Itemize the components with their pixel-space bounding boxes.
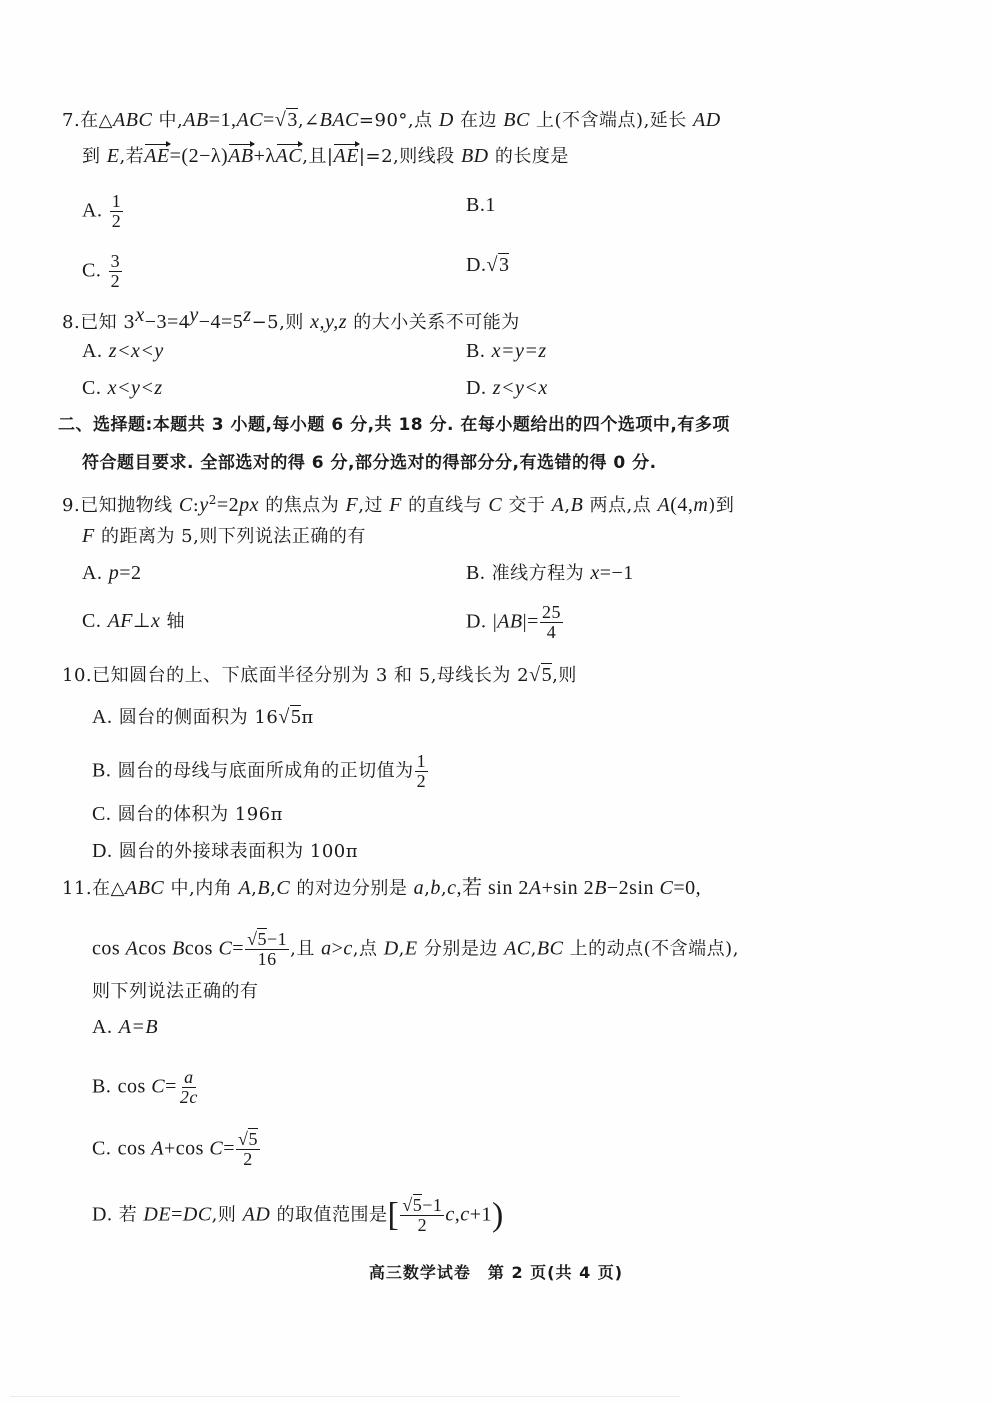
q10-line1: 10.已知圆台的上、下底面半径分别为 3 和 5,母线长为 2√5,则 <box>62 663 577 688</box>
option-text: |= <box>523 611 539 633</box>
q9-text: 的距离为 5,则下列说法正确的有 <box>95 526 366 547</box>
q9-var: y <box>199 494 208 516</box>
option-var: AD <box>243 1204 271 1226</box>
perpendicular-symbol: ⊥ <box>133 610 151 632</box>
option-label: C. <box>82 377 101 399</box>
option-label: A. <box>92 1016 112 1038</box>
radicand: 5 <box>290 705 302 728</box>
option-value: =2 <box>119 562 141 584</box>
q7-text: = <box>263 109 275 131</box>
q11-text: > <box>332 938 344 960</box>
q11-text: +sin 2 <box>542 877 595 899</box>
q11-var: A <box>126 938 139 960</box>
q9-var: C <box>179 494 193 516</box>
q7-option-a: A. 12 <box>82 192 124 231</box>
fraction: 254 <box>540 603 563 642</box>
numerator: 3 <box>109 252 123 272</box>
left-bracket: [ <box>388 1197 400 1234</box>
denominator: 4 <box>545 623 559 642</box>
q11-var: D <box>384 938 399 960</box>
numerator: 1 <box>415 752 429 772</box>
q9-option-c: C. AF⊥x 轴 <box>82 609 185 634</box>
fraction: √52 <box>236 1130 260 1169</box>
option-text: 的取值范围是 <box>270 1205 387 1226</box>
q11-text: ,点 <box>353 939 384 960</box>
q11-option-a: A. A=B <box>92 1015 158 1040</box>
q10-number: 10. <box>62 665 92 686</box>
denominator: 2 <box>109 272 123 291</box>
q7-option-d: D.√3 <box>466 253 509 278</box>
denominator: 2 <box>415 772 429 791</box>
numerator: √5 <box>236 1130 260 1150</box>
q11-text: = <box>232 938 244 960</box>
q9-text: 的直线与 <box>402 495 488 516</box>
option-label: D. <box>92 840 112 862</box>
option-value: 1 <box>485 194 496 216</box>
q7-var: AB <box>183 109 208 131</box>
vector-ae: AE <box>144 144 169 168</box>
option-text: 轴 <box>160 611 185 632</box>
denominator: 2 <box>416 1216 430 1235</box>
q7-text: 上(不含端点),延长 <box>530 110 693 131</box>
numerator: a <box>182 1068 196 1088</box>
q11-option-d: D. 若 DE=DC,则 AD 的取值范围是[√5−12c,c+1) <box>92 1196 504 1235</box>
fraction: 12 <box>110 192 124 231</box>
exponent: z <box>243 304 251 326</box>
q8-text: −3=4 <box>145 311 190 333</box>
radicand: 5 <box>257 928 267 949</box>
q9-text: 交于 <box>502 495 551 516</box>
q11-text: ,若 sin 2 <box>457 877 529 899</box>
denominator: 2 <box>241 1150 255 1169</box>
q7-var: BD <box>461 145 489 167</box>
option-text: +1 <box>470 1204 492 1226</box>
option-value: z<x<y <box>109 340 164 362</box>
q8-line1: 8.已知 3x−3=4y−4=5z−5,则 x,y,z 的大小关系不可能为 <box>62 303 520 335</box>
denominator: 2 <box>110 212 124 231</box>
q10-option-c: C. 圆台的体积为 196π <box>92 802 283 827</box>
q7-text: 在△ <box>80 110 113 131</box>
exam-page: 7.在△ABC 中,AB=1,AC=√3,∠BAC=90°,点 D 在边 BC … <box>0 0 992 1403</box>
q7-var: D <box>439 109 454 131</box>
q9-line1: 9.已知抛物线 C:y2=2px 的焦点为 F,过 F 的直线与 C 交于 A,… <box>62 488 734 518</box>
q11-var: C <box>218 938 232 960</box>
option-var: p <box>109 562 120 584</box>
q9-var: F <box>82 525 95 547</box>
q11-option-b: B. cos C=a2c <box>92 1068 201 1107</box>
radicand: 3 <box>498 253 510 276</box>
q7-text: 到 <box>82 146 107 167</box>
section-two-instructions-line1: 二、选择题:本题共 3 小题,每小题 6 分,共 18 分. 在每小题给出的四个… <box>58 413 730 437</box>
q11-text: ,且 <box>290 939 321 960</box>
q7-text: 中, <box>152 110 183 131</box>
option-var: DE <box>143 1204 171 1226</box>
q7-text: =1, <box>209 109 237 131</box>
q8-option-b: B. x=y=z <box>466 339 547 364</box>
q8-text: −4=5 <box>199 311 244 333</box>
option-value: z<y<x <box>493 377 548 399</box>
option-label: A. <box>82 340 102 362</box>
numerator: √5−1 <box>245 930 289 950</box>
q9-var: m <box>693 494 708 516</box>
q8-option-c: C. x<y<z <box>82 376 163 401</box>
q11-text: 的对边分别是 <box>290 878 413 899</box>
q7-text: =90°,点 <box>359 110 439 131</box>
q11-var: C <box>660 877 674 899</box>
option-text: cos <box>118 1076 152 1098</box>
q11-text: =0, <box>673 877 701 899</box>
option-label: A. <box>82 562 102 584</box>
q11-line1: 11.在△ABC 中,内角 A,B,C 的对边分别是 a,b,c,若 sin 2… <box>62 876 701 901</box>
option-text: 圆台的体积为 196π <box>118 804 283 825</box>
q7-line1: 7.在△ABC 中,AB=1,AC=√3,∠BAC=90°,点 D 在边 BC … <box>62 108 721 133</box>
exponent: 2 <box>209 493 217 507</box>
vector-ab: AB <box>228 144 253 168</box>
option-label: D. <box>466 611 486 633</box>
q7-text: |=2,则线段 <box>359 146 461 167</box>
option-label: B. <box>466 194 485 216</box>
option-label: D. <box>466 254 486 276</box>
q11-var: ABC <box>125 877 164 899</box>
q7-text: ,若 <box>119 146 144 167</box>
numerator-rest: −1 <box>422 1195 442 1215</box>
option-label: B. <box>92 1076 111 1098</box>
q11-var: a <box>321 938 332 960</box>
right-bracket: ) <box>492 1197 504 1234</box>
q11-text: 分别是边 <box>418 939 504 960</box>
q9-var: A <box>552 494 565 516</box>
option-value: x=y=z <box>492 340 547 362</box>
section-two-instructions-line2: 符合题目要求. 全部选对的得 6 分,部分选对的得部分分,有选错的得 0 分. <box>82 451 657 475</box>
q11-text: cos <box>185 938 219 960</box>
q7-var: BC <box>503 109 530 131</box>
q11-var: C <box>276 877 290 899</box>
q9-var: F <box>346 494 359 516</box>
q9-option-d: D. |AB|=254 <box>466 603 564 642</box>
option-label: D. <box>92 1204 112 1226</box>
q8-text: −5,则 <box>252 312 310 333</box>
option-label: A. <box>92 706 112 728</box>
q9-text: 两点,点 <box>583 495 657 516</box>
q9-text: (4, <box>670 494 693 516</box>
denominator: 16 <box>256 950 279 969</box>
option-text: = <box>223 1138 235 1160</box>
option-var: AB <box>497 611 522 633</box>
q9-var: B <box>571 494 584 516</box>
option-text: +cos <box>164 1138 209 1160</box>
option-label: C. <box>92 1138 111 1160</box>
q9-option-a: A. p=2 <box>82 561 141 586</box>
q11-var: B <box>257 877 270 899</box>
q7-var: AC <box>236 109 263 131</box>
q8-number: 8. <box>62 312 80 333</box>
option-var: DC <box>183 1204 212 1226</box>
q9-text: ,过 <box>358 495 389 516</box>
option-var: x <box>590 562 599 584</box>
q7-line2: 到 E,若AE=(2−λ)AB+λAC,且|AE|=2,则线段 BD 的长度是 <box>82 144 569 169</box>
q7-text: ,∠ <box>298 110 320 131</box>
numerator: √5−1 <box>400 1196 444 1216</box>
q7-number: 7. <box>62 110 80 131</box>
radicand: 5 <box>413 1194 423 1215</box>
q11-var: E <box>405 938 418 960</box>
option-value: A=B <box>119 1016 158 1038</box>
q10-option-d: D. 圆台的外接球表面积为 100π <box>92 839 358 864</box>
q11-text: −2sin <box>607 877 660 899</box>
option-text: cos <box>118 1138 152 1160</box>
q11-text: 在△ <box>92 878 125 899</box>
q11-text: 中,内角 <box>164 878 238 899</box>
fraction: √5−12 <box>400 1196 444 1235</box>
q11-var: B <box>172 938 185 960</box>
option-text: ,则 <box>212 1205 243 1226</box>
option-label: B. <box>466 562 485 584</box>
q7-text: +λ <box>254 145 276 167</box>
sqrt-3: √3 <box>275 108 298 131</box>
q11-line2: cos Acos Bcos C=√5−116,且 a>c,点 D,E 分别是边 … <box>92 930 739 969</box>
q8-text: 已知 3 <box>80 312 135 333</box>
q8-option-d: D. z<y<x <box>466 376 548 401</box>
q7-option-c: C. 32 <box>82 252 123 291</box>
q8-text: 的大小关系不可能为 <box>347 312 520 333</box>
option-text: 圆台的母线与底面所成角的正切值为 <box>118 761 414 782</box>
option-text: 若 <box>119 1205 144 1226</box>
q11-var: b <box>430 877 441 899</box>
pi-symbol: π <box>301 707 313 728</box>
option-text: = <box>171 1204 183 1226</box>
vector-ae: AE <box>333 144 358 168</box>
sqrt-5: √5 <box>529 663 552 686</box>
q11-number: 11. <box>62 878 92 899</box>
q7-var: BAC <box>320 109 359 131</box>
option-var: x <box>151 610 160 632</box>
radicand: 5 <box>541 663 553 686</box>
q9-var: px <box>239 494 259 516</box>
q9-text: )到 <box>708 495 734 516</box>
fraction: √5−116 <box>245 930 289 969</box>
sqrt-5: √5 <box>278 705 301 728</box>
q7-text: 在边 <box>454 110 503 131</box>
numerator-rest: −1 <box>267 929 287 949</box>
option-label: B. <box>92 760 111 782</box>
option-text: 圆台的外接球表面积为 100π <box>119 841 358 862</box>
option-text: 准线方程为 <box>492 563 591 584</box>
option-label: B. <box>466 340 485 362</box>
q11-option-c: C. cos A+cos C=√52 <box>92 1130 261 1169</box>
q7-text: =(2−λ) <box>170 145 229 167</box>
exponent: x <box>135 304 144 326</box>
q11-text: 上的动点(不含端点), <box>563 939 739 960</box>
option-var: c <box>445 1204 454 1226</box>
fraction: a2c <box>178 1068 200 1107</box>
option-text: = <box>165 1076 177 1098</box>
radicand: 3 <box>286 108 298 131</box>
option-label: C. <box>92 803 111 825</box>
option-var: C <box>151 1076 165 1098</box>
q11-var: BC <box>537 938 564 960</box>
q9-text: =2 <box>217 494 239 516</box>
denominator: 2c <box>178 1088 200 1107</box>
q9-line2: F 的距离为 5,则下列说法正确的有 <box>82 524 366 549</box>
q11-text: cos <box>92 938 126 960</box>
fraction: 32 <box>109 252 123 291</box>
option-value: x<y<z <box>108 377 163 399</box>
q9-var: F <box>389 494 402 516</box>
q10-option-a: A. 圆台的侧面积为 16√5π <box>92 705 314 730</box>
option-label: C. <box>82 610 101 632</box>
option-label: A. <box>82 200 102 222</box>
q11-var: A <box>529 877 542 899</box>
q9-var: C <box>488 494 502 516</box>
radicand: 5 <box>248 1128 258 1149</box>
q10-text: 已知圆台的上、下底面半径分别为 3 和 5,母线长为 2 <box>92 665 529 686</box>
exponent: y <box>189 304 198 326</box>
option-text: 圆台的侧面积为 16 <box>119 707 279 728</box>
option-var: A <box>151 1138 164 1160</box>
q9-number: 9. <box>62 495 80 516</box>
q8-vars: x,y,z <box>310 311 347 333</box>
q11-var: a <box>414 877 425 899</box>
q9-text: 的焦点为 <box>259 495 345 516</box>
q7-text: 的长度是 <box>489 146 569 167</box>
q11-var: c <box>447 877 456 899</box>
page-footer: 高三数学试卷 第 2 页(共 4 页) <box>0 1260 992 1283</box>
fraction: 12 <box>415 752 429 791</box>
q11-line3: 则下列说法正确的有 <box>92 980 259 1004</box>
q11-var: AC <box>504 938 531 960</box>
option-var: c <box>460 1204 469 1226</box>
q7-option-b: B.1 <box>466 193 496 218</box>
option-var: C <box>209 1138 223 1160</box>
q11-var: B <box>594 877 607 899</box>
q11-var: A <box>238 877 251 899</box>
q11-var: c <box>343 938 352 960</box>
q7-text: ,且| <box>302 146 333 167</box>
q8-option-a: A. z<x<y <box>82 339 164 364</box>
q7-var: AD <box>693 109 721 131</box>
option-label: D. <box>466 377 486 399</box>
q9-var: A <box>657 494 670 516</box>
q9-text: 已知抛物线 <box>80 495 179 516</box>
q10-text: ,则 <box>552 665 577 686</box>
q9-option-b: B. 准线方程为 x=−1 <box>466 561 634 586</box>
scan-edge-divider <box>10 1396 680 1397</box>
numerator: 25 <box>540 603 563 623</box>
q7-var: ABC <box>113 109 152 131</box>
sqrt-3: √3 <box>486 253 509 276</box>
q7-var: E <box>107 145 120 167</box>
option-label: C. <box>82 260 101 282</box>
q10-option-b: B. 圆台的母线与底面所成角的正切值为12 <box>92 752 429 791</box>
option-var: AF <box>108 610 133 632</box>
vector-ac: AC <box>276 144 303 168</box>
q11-text: cos <box>138 938 172 960</box>
option-value: =−1 <box>600 562 634 584</box>
numerator: 1 <box>110 192 124 212</box>
